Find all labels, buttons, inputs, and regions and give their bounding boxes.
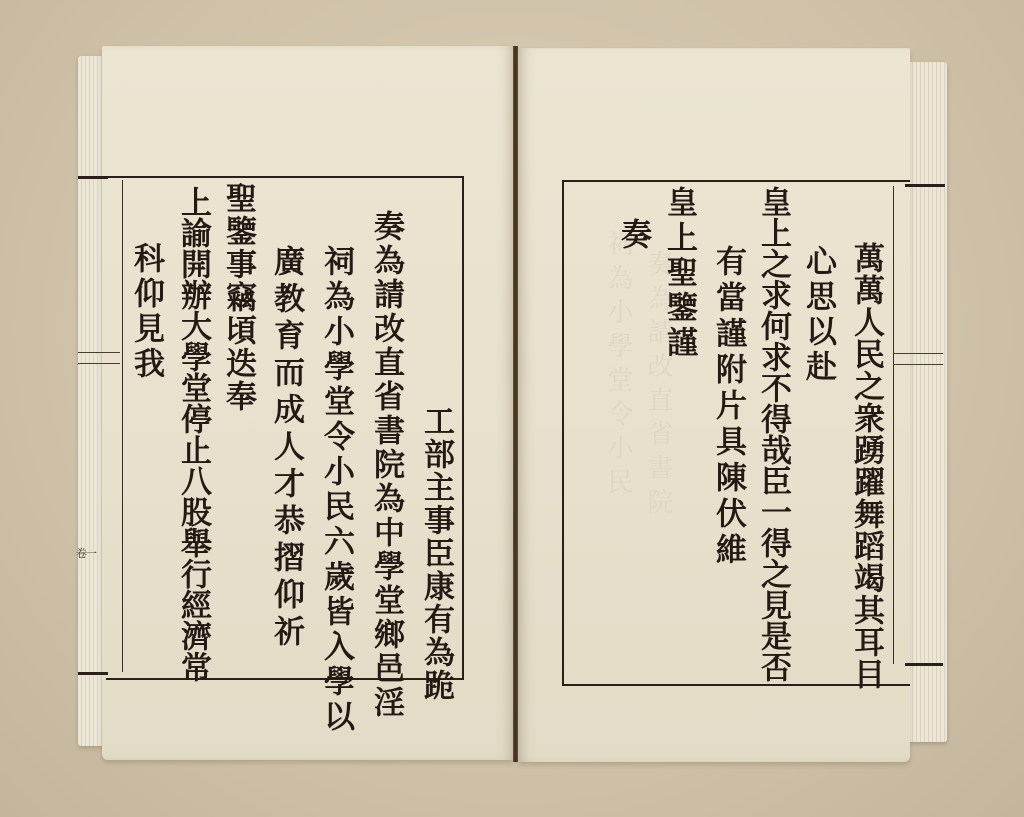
fore-edge-label: 卷一 (76, 545, 96, 561)
text-column: 萬萬人民之衆踴躍舞蹈竭其耳目 (850, 242, 881, 690)
margin-line (122, 180, 123, 672)
fishtail-mark (78, 352, 120, 364)
margin-line (893, 186, 894, 664)
open-book: 奏為請改直省書院 祠為小學堂令小民 卷一 工部主事臣康有為跪 奏為請改直省書院為… (0, 0, 1024, 817)
frame-rule (78, 176, 108, 179)
text-column: 心思以赴 (802, 245, 833, 385)
text-column: 廣教育而成人才恭摺仰祈 (270, 245, 301, 652)
frame-rule (78, 672, 108, 675)
text-column: 皇上聖鑒謹 (663, 186, 694, 361)
text-column: 祠為小學堂令小民六歲皆入學以 (320, 245, 351, 735)
frame-rule (905, 184, 945, 187)
book-gutter (513, 46, 518, 762)
frame-rule (905, 663, 943, 666)
text-column: 皇上之求何求不得哉臣一得之見是否 (757, 186, 788, 682)
text-column: 上諭開辦大學堂停止八股舉行經濟常 (177, 186, 208, 682)
text-column: 奏為請改直省書院為中學堂鄉邑淫 (370, 210, 401, 720)
text-column: 奏 (617, 218, 648, 252)
text-column: 聖鑒事竊頃迭奉 (222, 182, 253, 413)
right-page-stack (905, 62, 947, 742)
text-column: 科仰見我 (130, 242, 161, 382)
fishtail-mark (893, 353, 943, 365)
text-column: 有當謹附片具陳伏維 (712, 245, 743, 569)
text-column: 工部主事臣康有為跪 (420, 405, 451, 702)
